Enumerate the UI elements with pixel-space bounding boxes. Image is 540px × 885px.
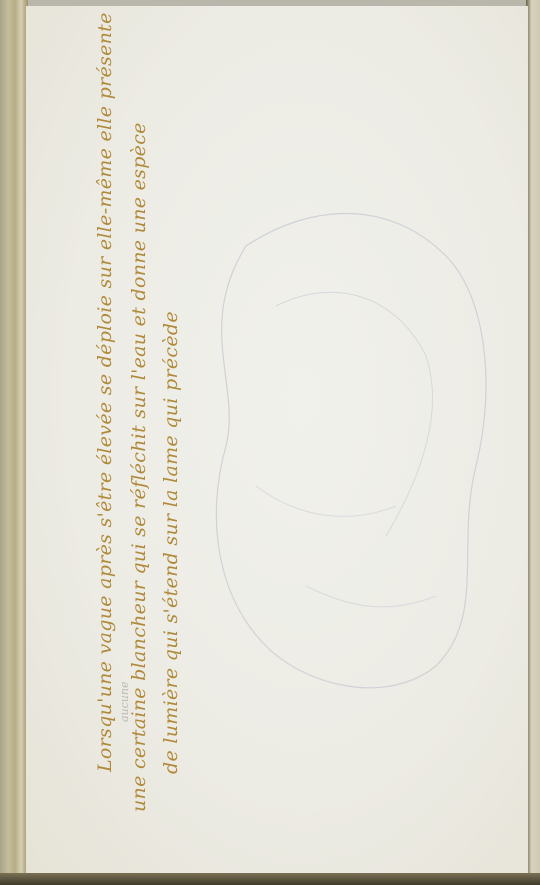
text-line-1: Lorsqu'une vague après s'être élevée se …	[94, 12, 116, 772]
manuscript-page: Lorsqu'une vague après s'être élevée se …	[26, 6, 528, 873]
book-page-edges-right	[526, 0, 540, 885]
book-page-edges-left	[0, 0, 28, 885]
text-line-3: de lumière qui s'étend sur la lame qui p…	[160, 311, 182, 774]
text-line-2: une certaine blancheur qui se réfléchit …	[128, 122, 150, 812]
handwritten-text: Lorsqu'une vague après s'être élevée se …	[138, 22, 248, 782]
scan-bottom-edge	[0, 873, 540, 885]
